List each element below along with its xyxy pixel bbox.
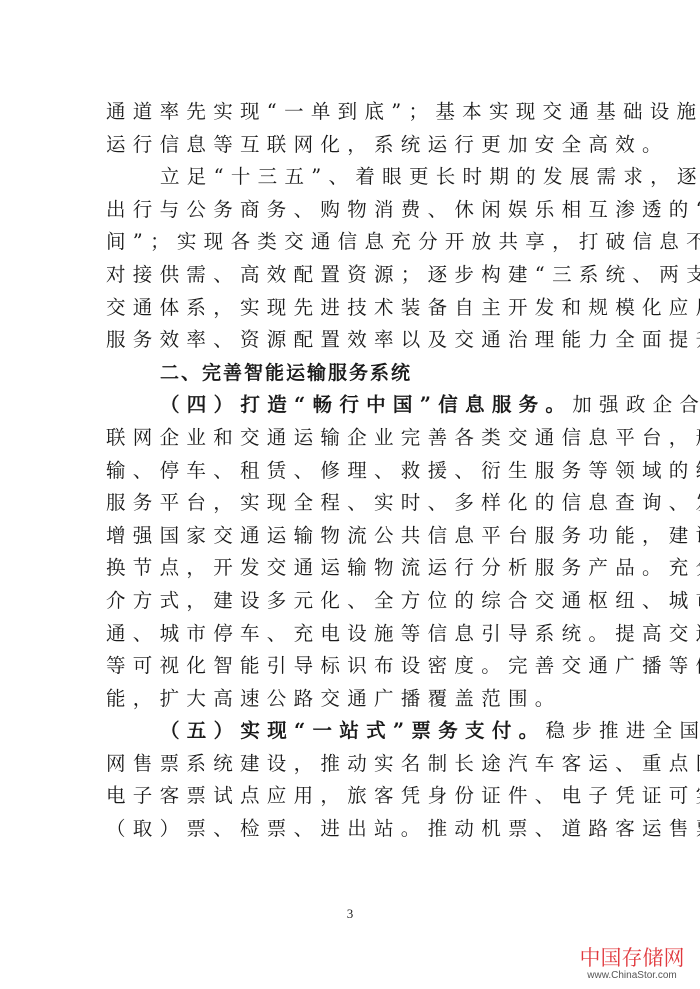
watermark-url: www.ChinaStor.com [572,970,692,982]
paragraph-line: 网售票系统建设，推动实名制长途汽车客运、重点区域水路客运 [106,748,598,781]
item-text: 加强政企合作，支持互 [572,393,700,416]
paragraph-line: 能，扩大高速公路交通广播覆盖范围。 [106,683,598,716]
paragraph-line: （五）实现“一站式”票务支付。稳步推进全国道路客运联 [106,715,598,748]
paragraph-line: 输、停车、租赁、修理、救援、衍生服务等领域的综合出行信息 [106,455,598,488]
paragraph-line: 介方式，建设多元化、全方位的综合交通枢纽、城市及进出城交 [106,585,598,618]
paragraph-line: 服务效率、资源配置效率以及交通治理能力全面提升。 [106,324,598,357]
paragraph-line: 换节点，开发交通运输物流运行分析服务产品。充分利用新型媒 [106,552,598,585]
paragraph-line: 出行与公务商务、购物消费、休闲娱乐相互渗透的“交通移动空 [106,194,598,227]
paragraph-line: 联网企业和交通运输企业完善各类交通信息平台，形成涵盖运 [106,422,598,455]
paragraph-line: 增强国家交通运输物流公共信息平台服务功能，建设行业数据交 [106,520,598,553]
paragraph-line: 通道率先实现“一单到底”；基本实现交通基础设施、载运工具、 [106,96,598,129]
paragraph-line: 运行信息等互联网化，系统运行更加安全高效。 [106,129,598,162]
page-number: 3 [340,906,360,922]
paragraph-line: 间”；实现各类交通信息充分开放共享，打破信息不对称，精准 [106,226,598,259]
paragraph-line: （取）票、检票、进出站。推动机票、道路客运售票系统等向互 [106,813,598,846]
item-text: 稳步推进全国道路客运联 [545,719,700,742]
paragraph-line: （四）打造“畅行中国”信息服务。加强政企合作，支持互 [106,389,598,422]
paragraph-line: 交通体系，实现先进技术装备自主开发和规模化应用，交通运输 [106,292,598,325]
watermark-title: 中国存储网 [572,946,692,970]
paragraph-line: 等可视化智能引导标识布设密度。完善交通广播等传统媒介功 [106,650,598,683]
paragraph-line: 电子客票试点应用，旅客凭身份证件、电子凭证可实现自助购 [106,780,598,813]
watermark-logo: 中国存储网 www.ChinaStor.com [572,946,692,982]
document-body: 通道率先实现“一单到底”；基本实现交通基础设施、载运工具、 运行信息等互联网化，… [106,96,598,846]
paragraph-line: 立足“十三五”、着眼更长时期的发展需求，逐步形成旅客 [106,161,598,194]
paragraph-line: 对接供需、高效配置资源；逐步构建“三系统、两支撑”的智能 [106,259,598,292]
document-page: 通道率先实现“一单到底”；基本实现交通基础设施、载运工具、 运行信息等互联网化，… [0,0,700,989]
paragraph-line: 服务平台，实现全程、实时、多样化的信息查询、发布与反馈。 [106,487,598,520]
item-lead: （五）实现“一站式”票务支付。 [160,719,545,742]
section-heading: 二、完善智能运输服务系统 [106,357,598,390]
paragraph-line: 通、城市停车、充电设施等信息引导系统。提高交通动态信息板 [106,618,598,651]
item-lead: （四）打造“畅行中国”信息服务。 [160,393,572,416]
